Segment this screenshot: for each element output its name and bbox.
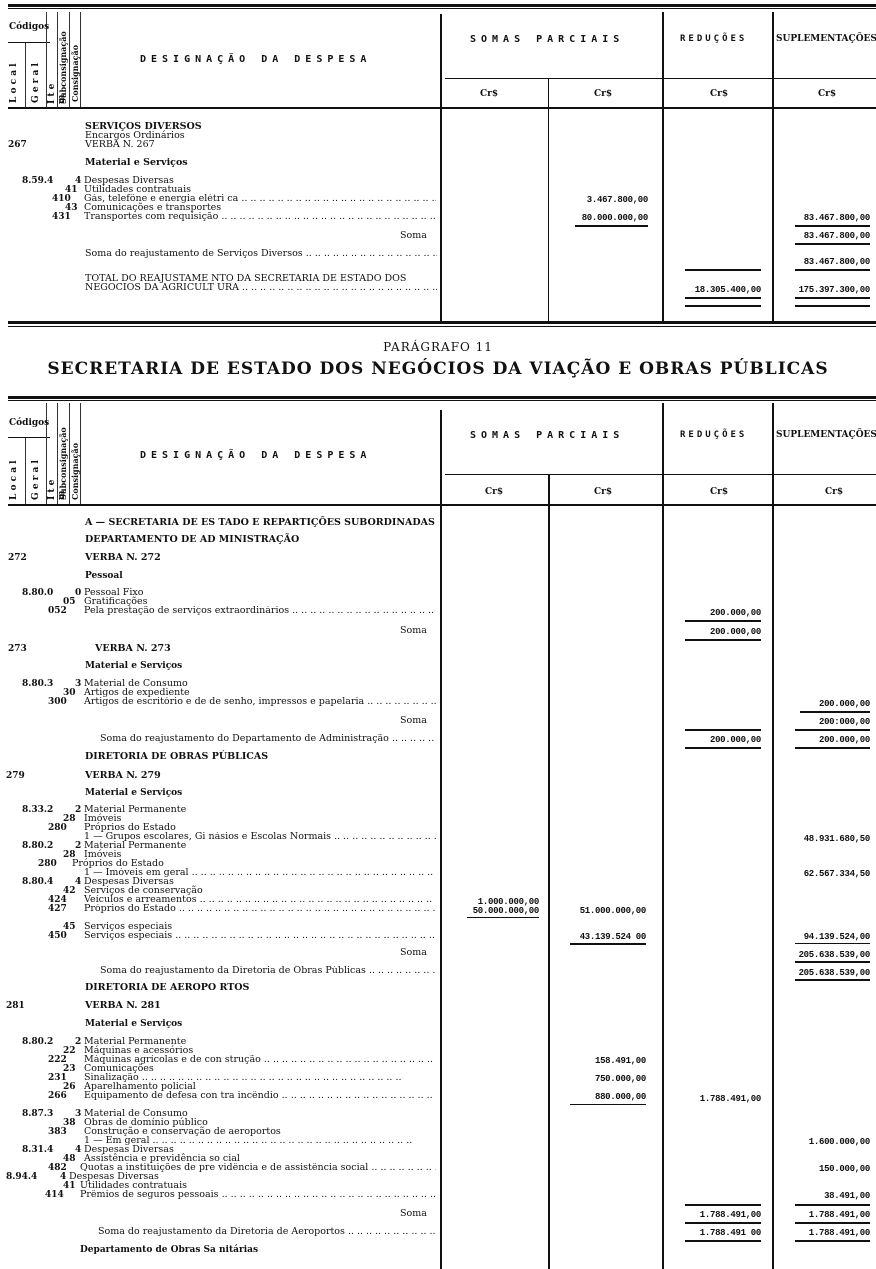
soma-label: Soma xyxy=(400,231,427,241)
cons-code: 450 xyxy=(48,931,67,941)
cons-code: 300 xyxy=(48,697,67,707)
suplementacoes-value: 83.467.800,00 xyxy=(774,257,870,267)
item-code: 3 xyxy=(75,679,81,689)
subtotal-label: Soma do reajustamento da Diretoria de Ob… xyxy=(100,966,436,976)
col-divider xyxy=(662,12,664,321)
department-title: DIRETORIA DE OBRAS PÚBLICAS xyxy=(85,752,268,762)
consignacao-header: Consignação xyxy=(70,438,80,500)
table-top-rule-thin xyxy=(8,400,876,401)
table-top-rule-thin xyxy=(8,8,876,9)
somas-value: 158.491,00 xyxy=(550,1056,646,1066)
cons-code: 427 xyxy=(48,904,67,914)
item-code: 4 xyxy=(75,1145,81,1155)
reducoes-value: 200.000,00 xyxy=(665,627,761,637)
sub-code: 41 xyxy=(63,1181,76,1191)
soma-label: Soma xyxy=(400,626,427,636)
geral-code: 8.80.3 xyxy=(22,679,53,689)
subconsignacao-header: Subconsignação xyxy=(58,424,68,500)
underline xyxy=(795,979,870,981)
codigos-header: Códigos xyxy=(9,418,49,428)
reducoes-header: REDUÇÕES xyxy=(680,430,747,440)
col-divider xyxy=(440,14,442,321)
soma-label: Soma xyxy=(400,716,427,726)
suplementacoes-value: 200.000,00 xyxy=(774,699,870,709)
codigos-divider xyxy=(8,437,50,438)
geral-code: 8.80.4 xyxy=(22,877,53,887)
underline xyxy=(795,297,870,299)
geral-code: 8.94.4 xyxy=(6,1172,37,1182)
designacao-header: DESIGNAÇÃO DA DESPESA xyxy=(140,54,371,65)
cons-code: 383 xyxy=(48,1127,67,1137)
underline xyxy=(685,1222,761,1224)
item-code: 2 xyxy=(75,805,81,815)
somas-value: 51.000.000,00 xyxy=(550,906,646,916)
underline xyxy=(795,225,870,227)
local-header: L o c a l xyxy=(9,455,19,500)
subtotal-label: Soma do reajustamento da Diretoria de Ae… xyxy=(98,1227,436,1237)
suplementacoes-value: 175.397.300,00 xyxy=(774,285,870,295)
col-divider xyxy=(25,438,26,504)
subconsignacao-header: Subconsignação xyxy=(58,30,68,104)
somas-value: 880.000,00 xyxy=(550,1092,646,1102)
designacao-header: DESIGNAÇÃO DA DESPESA xyxy=(140,450,371,461)
cr-row-divider xyxy=(445,474,876,475)
underline xyxy=(467,917,539,918)
line-desc: Prêmios de seguros pessoais .. .. .. .. … xyxy=(80,1190,436,1200)
suplementacoes-value: 83.467.800,00 xyxy=(774,213,870,223)
verba-label: VERBA N. 267 xyxy=(85,140,155,150)
currency-label: Cr$ xyxy=(485,487,503,497)
reducoes-value: 200.000,00 xyxy=(665,608,761,618)
suplementacoes-value: 62.567.334,50 xyxy=(774,869,870,879)
department-title: DEPARTAMENTO DE AD MINISTRAÇÃO xyxy=(85,535,299,545)
codigos-header: Códigos xyxy=(9,22,49,32)
category-label: Material e Serviços xyxy=(85,158,188,168)
suplementacoes-value: 205.638.539,00 xyxy=(774,968,870,978)
underline xyxy=(795,729,870,731)
underline xyxy=(685,747,761,749)
underline xyxy=(575,225,648,227)
suplementacoes-value: 48.931.680,50 xyxy=(774,834,870,844)
currency-label: Cr$ xyxy=(710,487,728,497)
currency-label: Cr$ xyxy=(710,89,728,99)
verba-label: VERBA N. 279 xyxy=(85,771,161,781)
category-label: Material e Serviços xyxy=(85,788,182,798)
underline xyxy=(685,639,761,641)
somas-value: 3.467.800,00 xyxy=(550,195,648,205)
item-code: 2 xyxy=(75,841,81,851)
underline xyxy=(795,747,870,749)
total-label: NEGÓCIOS DA AGRICULT URA .. .. .. .. .. … xyxy=(85,283,437,293)
geral-code: 8.33.2 xyxy=(22,805,53,815)
suplementacoes-header: SUPLEMENTAÇÕES xyxy=(776,430,876,440)
cons-code: 280 xyxy=(48,823,67,833)
somas-value: 43.139.524 00 xyxy=(550,932,646,942)
header-bottom-rule xyxy=(8,107,876,109)
table-bottom-rule-thin xyxy=(8,326,876,327)
suplementacoes-value: 200:000,00 xyxy=(774,717,870,727)
somas-value: 50.000.000,00 xyxy=(443,906,539,916)
underline xyxy=(685,269,761,271)
reducoes-value: 1.788.491 00 xyxy=(665,1228,761,1238)
suplementacoes-value: 83.467.800,00 xyxy=(774,231,870,241)
item-code: 4 xyxy=(75,877,81,887)
geral-code: 8.80.0 xyxy=(22,588,53,598)
suplementacoes-value: 38.491,00 xyxy=(774,1191,870,1201)
somas-parciais-header: SOMAS PARCIAIS xyxy=(470,430,624,441)
subtotal-label: Soma do reajustamento do Departamento de… xyxy=(100,734,436,744)
local-code: 267 xyxy=(8,140,27,150)
table-bottom-rule xyxy=(8,321,876,324)
local-code: 279 xyxy=(6,771,25,781)
suplementacoes-value: 200.000,00 xyxy=(774,735,870,745)
cons-code: 431 xyxy=(52,212,71,222)
reducoes-value: 18.305.400,00 xyxy=(665,285,761,295)
suplementacoes-value: 94.139.524,00 xyxy=(774,932,870,942)
soma-label: Soma xyxy=(400,948,427,958)
col-divider xyxy=(25,43,26,107)
underline xyxy=(795,1204,870,1206)
item-code: 0 xyxy=(75,588,81,598)
currency-label: Cr$ xyxy=(480,89,498,99)
col-divider xyxy=(662,403,664,1269)
soma-label: Soma xyxy=(400,1209,427,1219)
geral-code: 8.80.2 xyxy=(22,841,53,851)
somas-parciais-header: SOMAS PARCIAIS xyxy=(470,34,624,45)
item-code: 3 xyxy=(75,1109,81,1119)
geral-code: 8.80.2 xyxy=(22,1037,53,1047)
col-divider xyxy=(548,79,549,321)
verba-label: VERBA N. 281 xyxy=(85,1001,161,1011)
cr-row-divider xyxy=(445,78,876,79)
cons-code: 280 xyxy=(38,859,57,869)
subtotal-label: Soma do reajustamento de Serviços Divers… xyxy=(85,249,437,259)
col-divider xyxy=(80,403,81,504)
col-divider xyxy=(772,12,774,321)
underline xyxy=(570,1104,646,1105)
underline xyxy=(795,305,870,307)
table-top-rule xyxy=(8,396,876,399)
reducoes-value: 1.788.491,00 xyxy=(665,1094,761,1104)
local-code: 281 xyxy=(6,1001,25,1011)
cons-code: 052 xyxy=(48,606,67,616)
underline xyxy=(795,243,870,245)
department-title: DIRETORIA DE AEROPO RTOS xyxy=(85,983,249,993)
geral-code: 8.31.4 xyxy=(22,1145,53,1155)
item-code: 2 xyxy=(75,1037,81,1047)
geral-header: G e r a l xyxy=(31,58,41,103)
header-bottom-rule xyxy=(8,504,876,506)
consignacao-header: Consignação xyxy=(70,42,80,102)
currency-label: Cr$ xyxy=(825,487,843,497)
reducoes-value: 200.000,00 xyxy=(665,735,761,745)
underline xyxy=(800,711,870,713)
line-desc: Próprios do Estado .. .. .. .. .. .. .. … xyxy=(84,904,436,914)
currency-label: Cr$ xyxy=(594,487,612,497)
underline xyxy=(795,1240,870,1242)
col-divider xyxy=(548,475,550,1269)
geral-header: G e r a l xyxy=(31,455,41,500)
geral-code: 8.87.3 xyxy=(22,1109,53,1119)
suplementacoes-value: 205.638.539,00 xyxy=(774,950,870,960)
col-divider xyxy=(80,12,81,107)
somas-value: 750.000,00 xyxy=(550,1074,646,1084)
underline xyxy=(795,961,870,963)
underline xyxy=(685,305,761,307)
somas-value: 80.000.000,00 xyxy=(550,213,648,223)
underline xyxy=(570,943,646,945)
suplementacoes-value: 1.788.491,00 xyxy=(774,1210,870,1220)
line-desc: Equipamento de defesa con tra incêndio .… xyxy=(84,1091,436,1101)
suplementacoes-value: 150.000,00 xyxy=(774,1164,870,1174)
department-title: Departamento de Obras Sa nitárias xyxy=(80,1245,258,1255)
line-desc: Serviços especiais .. .. .. .. .. .. .. … xyxy=(84,931,436,941)
cons-code: 414 xyxy=(45,1190,64,1200)
codigos-divider xyxy=(8,42,50,43)
section-title: A — SECRETARIA DE ES TADO E REPARTIÇÕES … xyxy=(85,518,435,528)
line-desc: Transportes com requisição .. .. .. .. .… xyxy=(84,212,436,222)
paragraph-label: PARÁGRAFO 11 xyxy=(0,340,876,354)
table-top-rule xyxy=(8,4,876,7)
line-desc: Artigos de escritório e de de senho, imp… xyxy=(84,697,436,707)
local-code: 273 xyxy=(8,644,27,654)
local-code: 272 xyxy=(8,553,27,563)
suplementacoes-value: 1.788.491,00 xyxy=(774,1228,870,1238)
underline xyxy=(795,943,870,944)
cons-code: 266 xyxy=(48,1091,67,1101)
local-header: L o c a l xyxy=(9,58,19,103)
verba-label: VERBA N. 273 xyxy=(95,644,171,654)
underline xyxy=(795,1222,870,1224)
col-divider xyxy=(440,410,442,1269)
reducoes-value: 1.788.491,00 xyxy=(665,1210,761,1220)
underline xyxy=(795,269,870,271)
underline xyxy=(685,729,761,731)
underline xyxy=(685,620,761,622)
reducoes-header: REDUÇÕES xyxy=(680,34,747,44)
category-label: Material e Serviços xyxy=(85,1019,182,1029)
suplementacoes-header: SUPLEMENTAÇÕES xyxy=(776,34,876,44)
line-desc: Pela prestação de serviços extraordinári… xyxy=(84,606,436,616)
underline xyxy=(685,1240,761,1242)
underline xyxy=(685,297,761,299)
verba-label: VERBA N. 272 xyxy=(85,553,161,563)
currency-label: Cr$ xyxy=(818,89,836,99)
suplementacoes-value: 1.600.000,00 xyxy=(774,1137,870,1147)
geral-code: 8.59.4 xyxy=(22,176,53,186)
underline xyxy=(685,1204,761,1206)
currency-label: Cr$ xyxy=(594,89,612,99)
category-label: Material e Serviços xyxy=(85,661,182,671)
page-title: SECRETARIA DE ESTADO DOS NEGÓCIOS DA VIA… xyxy=(0,359,876,379)
category-label: Pessoal xyxy=(85,571,123,581)
